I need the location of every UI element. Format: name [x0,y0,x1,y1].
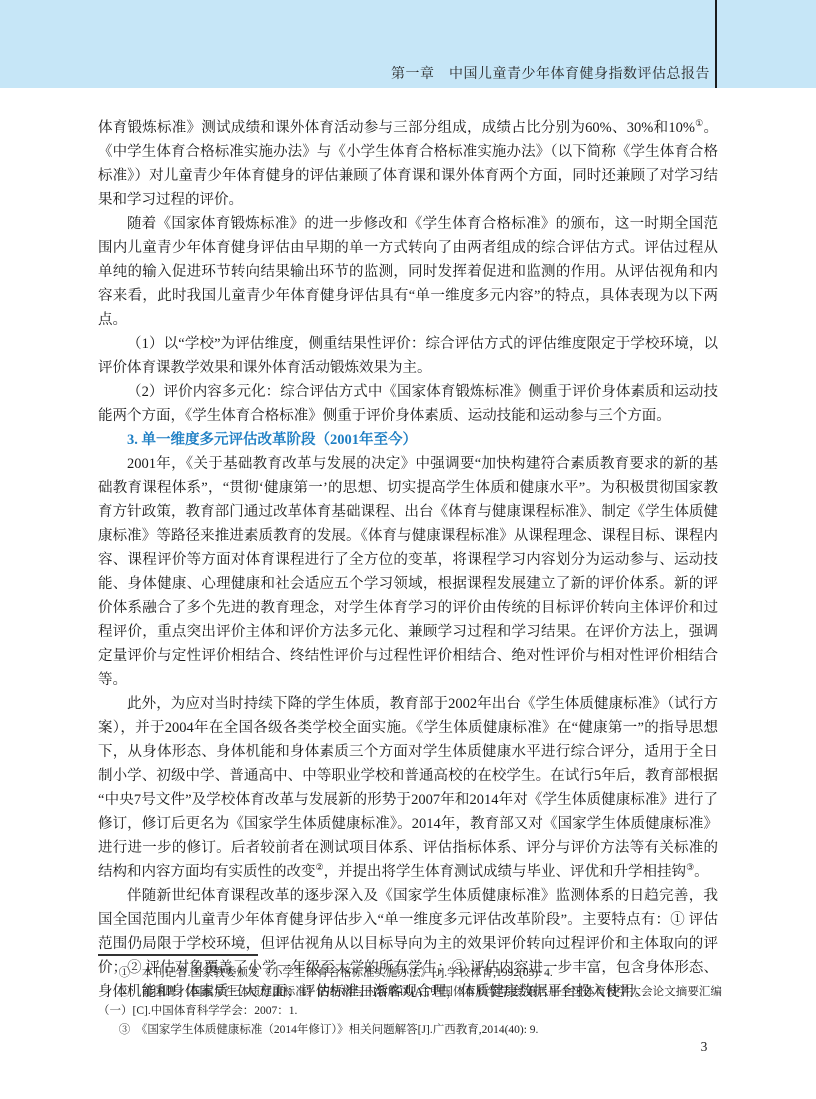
paragraph: 2001年，《关于基础教育改革与发展的决定》中强调要“加快构建符合素质教育要求的… [98,452,718,692]
footnote-separator [98,954,258,956]
page-body: 体育锻炼标准》测试成绩和课外体育活动参与三部分组成，成绩占比分别为60%、30%… [98,116,718,1004]
header-band: 第一章 中国儿童青少年体育健身指数评估总报告 [0,0,816,88]
paragraph: 随着《国家体育锻炼标准》的进一步修改和《学生体育合格标准》的颁布，这一时期全国范… [98,212,718,332]
footnote-2: ② 祁国鹰.《国家学生体质健康标准》的结构与内容解读[A].中国体育科学学会.第… [98,983,722,1021]
paragraph-point-1: （1）以“学校”为评估维度，侧重结果性评价：综合评估方式的评估维度限定于学校环境… [98,332,718,380]
paragraph-point-2: （2）评价内容多元化：综合评估方式中《国家体育锻炼标准》侧重于评价身体素质和运动… [98,380,718,428]
paragraph-continuation: 体育锻炼标准》测试成绩和课外体育活动参与三部分组成，成绩占比分别为60%、30%… [98,116,718,212]
footnote-3: ③ 《国家学生体质健康标准（2014年修订）》相关问题解答[J].广西教育,20… [98,1021,722,1040]
header-divider-line [715,0,717,88]
footnote-section: ① 本刊记者.国家教委颁发《小学生体育合格标准实施办法》[J].学校体育,199… [98,954,722,1040]
footnote-1: ① 本刊记者.国家教委颁发《小学生体育合格标准实施办法》[J].学校体育,199… [98,964,722,983]
book-page: 第一章 中国儿童青少年体育健身指数评估总报告 体育锻炼标准》测试成绩和课外体育活… [0,0,816,1099]
section-heading: 3. 单一维度多元评估改革阶段（2001年至今） [98,428,718,452]
chapter-header-title: 第一章 中国儿童青少年体育健身指数评估总报告 [391,66,710,84]
paragraph: 此外，为应对当时持续下降的学生体质，教育部于2002年出台《学生体质健康标准》（… [98,692,718,884]
page-number: 3 [692,1038,716,1056]
